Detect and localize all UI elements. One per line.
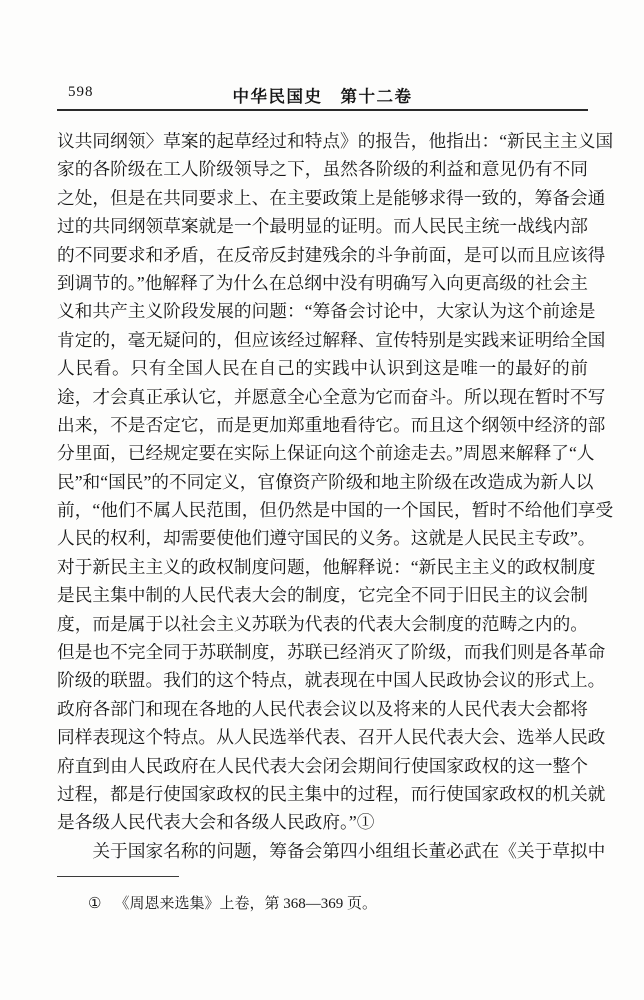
body-text-line: 是民主集中制的人民代表大会的制度，它完全不同于旧民主的议会制 <box>57 581 588 609</box>
body-text-line: 同样表现这个特点。从人民选举代表、召开人民代表大会、选举人民政 <box>57 723 588 751</box>
body-text-line: 人民的权利，却需要使他们遵守国民的义务。这就是人民民主专政”。 <box>57 524 588 552</box>
body-text-line: 但是也不完全同于苏联制度，苏联已经消灭了阶级，而我们则是各革命 <box>57 638 588 666</box>
body-text-line: 议共同纲领〉草案的起草经过和特点》的报告，他指出：“新民主主义国 <box>57 127 588 155</box>
body-text-line: 肯定的，毫无疑问的，但应该经过解释、宣传特别是实践来证明给全国 <box>57 326 588 354</box>
footnote-text: 《周恩来选集》上卷，第 368—369 页。 <box>114 896 377 912</box>
body-text-line-paragraph-end: 是各级人民代表大会和各级人民政府。”① <box>57 808 588 836</box>
body-text-line: 的不同要求和矛盾，在反帝反封建残余的斗争前面，是可以而且应该得 <box>57 241 588 269</box>
body-text-line: 之处，但是在共同要求上、在主要政策上是能够求得一致的，筹备会通 <box>57 184 588 212</box>
body-text-line: 途，才会真正承认它，并愿意全心全意为它而奋斗。所以现在暂时不写 <box>57 383 588 411</box>
body-text: 议共同纲领〉草案的起草经过和特点》的报告，他指出：“新民主主义国 家的各阶级在工… <box>57 127 588 865</box>
body-text-line: 出来，不是否定它，而是更加郑重地看待它。而且这个纲领中经济的部 <box>57 411 588 439</box>
body-text-line: 分里面，已经规定要在实际上保证向这个前途走去。”周恩来解释了“人 <box>57 439 588 467</box>
body-text-line: 家的各阶级在工人阶级领导之下，虽然各阶级的利益和意见仍有不同 <box>57 155 588 183</box>
body-text-line: 府直到由人民政府在人民代表大会闭会期间行使国家政权的这一整个 <box>57 752 588 780</box>
body-text-line: 义和共产主义阶段发展的问题：“筹备会讨论中，大家认为这个前途是 <box>57 297 588 325</box>
body-text-line: 度，而是属于以社会主义苏联为代表的代表大会制度的范畴之内的。 <box>57 610 588 638</box>
body-text-line: 政府各部门和现在各地的人民代表会议以及将来的人民代表大会都将 <box>57 695 588 723</box>
body-text-line: 过的共同纲领草案就是一个最明显的证明。而人民民主统一战线内部 <box>57 212 588 240</box>
body-text-line: 到调节的。”他解释了为什么在总纲中没有明确写入向更高级的社会主 <box>57 269 588 297</box>
footnote: ①《周恩来选集》上卷，第 368—369 页。 <box>57 893 588 916</box>
page-header: 598 中华民国史 第十二卷 <box>57 82 588 111</box>
book-page: 598 中华民国史 第十二卷 议共同纲领〉草案的起草经过和特点》的报告，他指出：… <box>0 0 644 1000</box>
body-text-line: 阶级的联盟。我们的这个特点，就表现在中国人民政协会议的形式上。 <box>57 666 588 694</box>
footnote-marker: ① <box>88 893 101 916</box>
running-title: 中华民国史 第十二卷 <box>57 83 588 107</box>
body-text-line: 对于新民主主义的政权制度问题，他解释说：“新民主主义的政权制度 <box>57 553 588 581</box>
footnote-separator <box>57 876 179 877</box>
body-text-line: 人民看。只有全国人民在自己的实践中认识到这是唯一的最好的前 <box>57 354 588 382</box>
body-text-line-paragraph-start: 关于国家名称的问题，筹备会第四小组组长董必武在《关于草拟中 <box>57 837 588 865</box>
body-text-line: 民”和“国民”的不同定义，官僚资产阶级和地主阶级在改造成为新人以 <box>57 468 588 496</box>
body-text-line: 前，“他们不属人民范围，但仍然是中国的一个国民，暂时不给他们享受 <box>57 496 588 524</box>
body-text-line: 过程，都是行使国家政权的民主集中的过程，而行使国家政权的机关就 <box>57 780 588 808</box>
